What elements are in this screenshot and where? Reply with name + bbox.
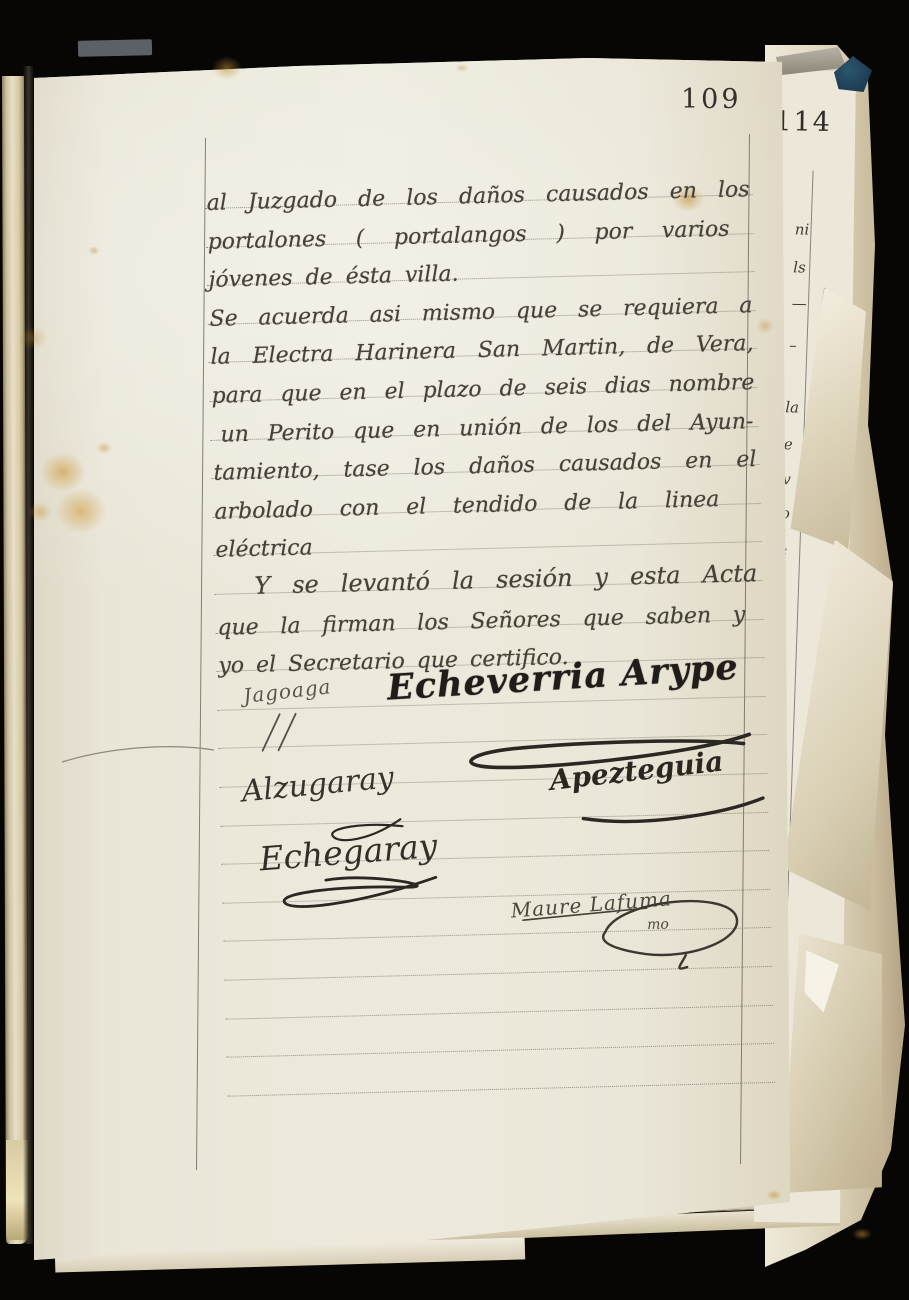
foxing-stain [756,318,774,334]
signature-flourishes [204,162,776,1151]
foxing-stain [18,326,48,350]
foxing-stain [96,442,112,454]
edge-text-fragment: — [792,294,807,312]
binding-shadow [78,39,152,57]
foxing-stain [88,246,100,255]
folded-page-corner [781,928,895,1210]
foxing-stain [455,64,469,72]
writing-area: al Juzgado de los daños causados en los … [204,162,776,1151]
edge-text-fragment: ls [793,258,806,276]
foxing-stain [28,502,52,522]
edge-text-fragment: la [785,398,799,416]
edge-text-fragment: e [784,435,793,453]
foxing-stain [766,1190,782,1200]
foxing-stain [852,1228,872,1240]
foxing-stain [40,452,86,492]
page-number: 109 [681,84,742,115]
next-page-number: 114 [774,106,832,138]
scanned-manuscript-photo: { "manuscript": { "page_number": "109", … [0,0,909,1300]
gutter-shadow [23,66,33,1244]
edge-text-fragment: – [789,336,797,354]
foxing-stain [212,56,242,80]
foxing-stain [55,488,107,534]
edge-text-fragment: ni [795,220,810,238]
